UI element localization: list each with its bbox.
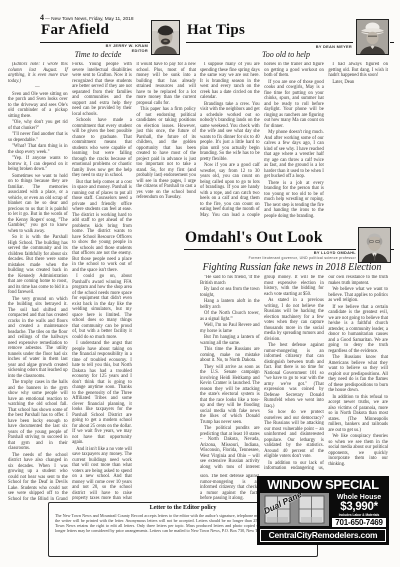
ad-phone-number: 701-650-7469 <box>332 518 386 527</box>
page-header: 4 — New Town News, Friday, May 11, 2018 <box>40 13 134 22</box>
ad-headline: WINDOW SPECIAL <box>257 477 389 492</box>
omdahl-subhead: Fighting Russian fake news in 2018 Elect… <box>196 262 388 273</box>
newspaper-page: 4 — New Town News, Friday, May 11, 2018 … <box>0 0 400 567</box>
far-afield-title: Far Afield <box>41 22 109 39</box>
omdahl-byline: BY LLOYD OMDAHL Former lieutenant govern… <box>230 251 356 260</box>
ad-includes-text: Includes Labor & Materials <box>332 514 386 517</box>
ad-offer-block: Whole House $3,990* Includes Labor & Mat… <box>332 493 386 527</box>
lloyd-omdahl-photo <box>358 227 391 263</box>
omdahl-affiliation: Former lieutenant governor, UND politica… <box>230 256 356 261</box>
page-number: 4 <box>40 13 44 22</box>
hat-tips-byline: BY DEAN MEYER <box>270 45 352 50</box>
hat-tips-byline-name: BY DEAN MEYER <box>270 45 352 50</box>
hat-tips-rule-stub <box>390 42 394 43</box>
far-afield-body: (Editors note: I wrote this column last … <box>8 62 196 502</box>
omdahl-rule-stub <box>391 249 394 250</box>
hat-tips-title: Hat Tips <box>187 22 245 39</box>
omdahl-title: Omdahl's Out Look <box>185 229 323 247</box>
omdahl-body: "He said to his friend, 'If the British … <box>200 275 388 473</box>
hat-tips-subhead: Too old to help <box>196 50 376 59</box>
ad-website: CentralCityRemodelers.com <box>260 529 386 542</box>
omdahl-body-continuation: sion. The best defense against rumor-mon… <box>200 474 259 505</box>
ad-price: $3,990* <box>332 502 386 514</box>
window-photo: Dual Pane <box>260 493 329 526</box>
window-special-ad: WINDOW SPECIAL Dual Pane Whole House <box>257 476 389 545</box>
ad-offer-text: Whole House <box>332 494 386 501</box>
far-afield-subhead: Time to decide <box>8 50 188 59</box>
ad-middle-row: Dual Pane Whole House $3,990* Includes L… <box>260 493 386 527</box>
dean-meyer-portrait-icon <box>357 20 388 54</box>
hat-tips-body: I suppose many of you are spending these… <box>200 62 388 223</box>
lloyd-omdahl-portrait-icon <box>359 228 390 262</box>
